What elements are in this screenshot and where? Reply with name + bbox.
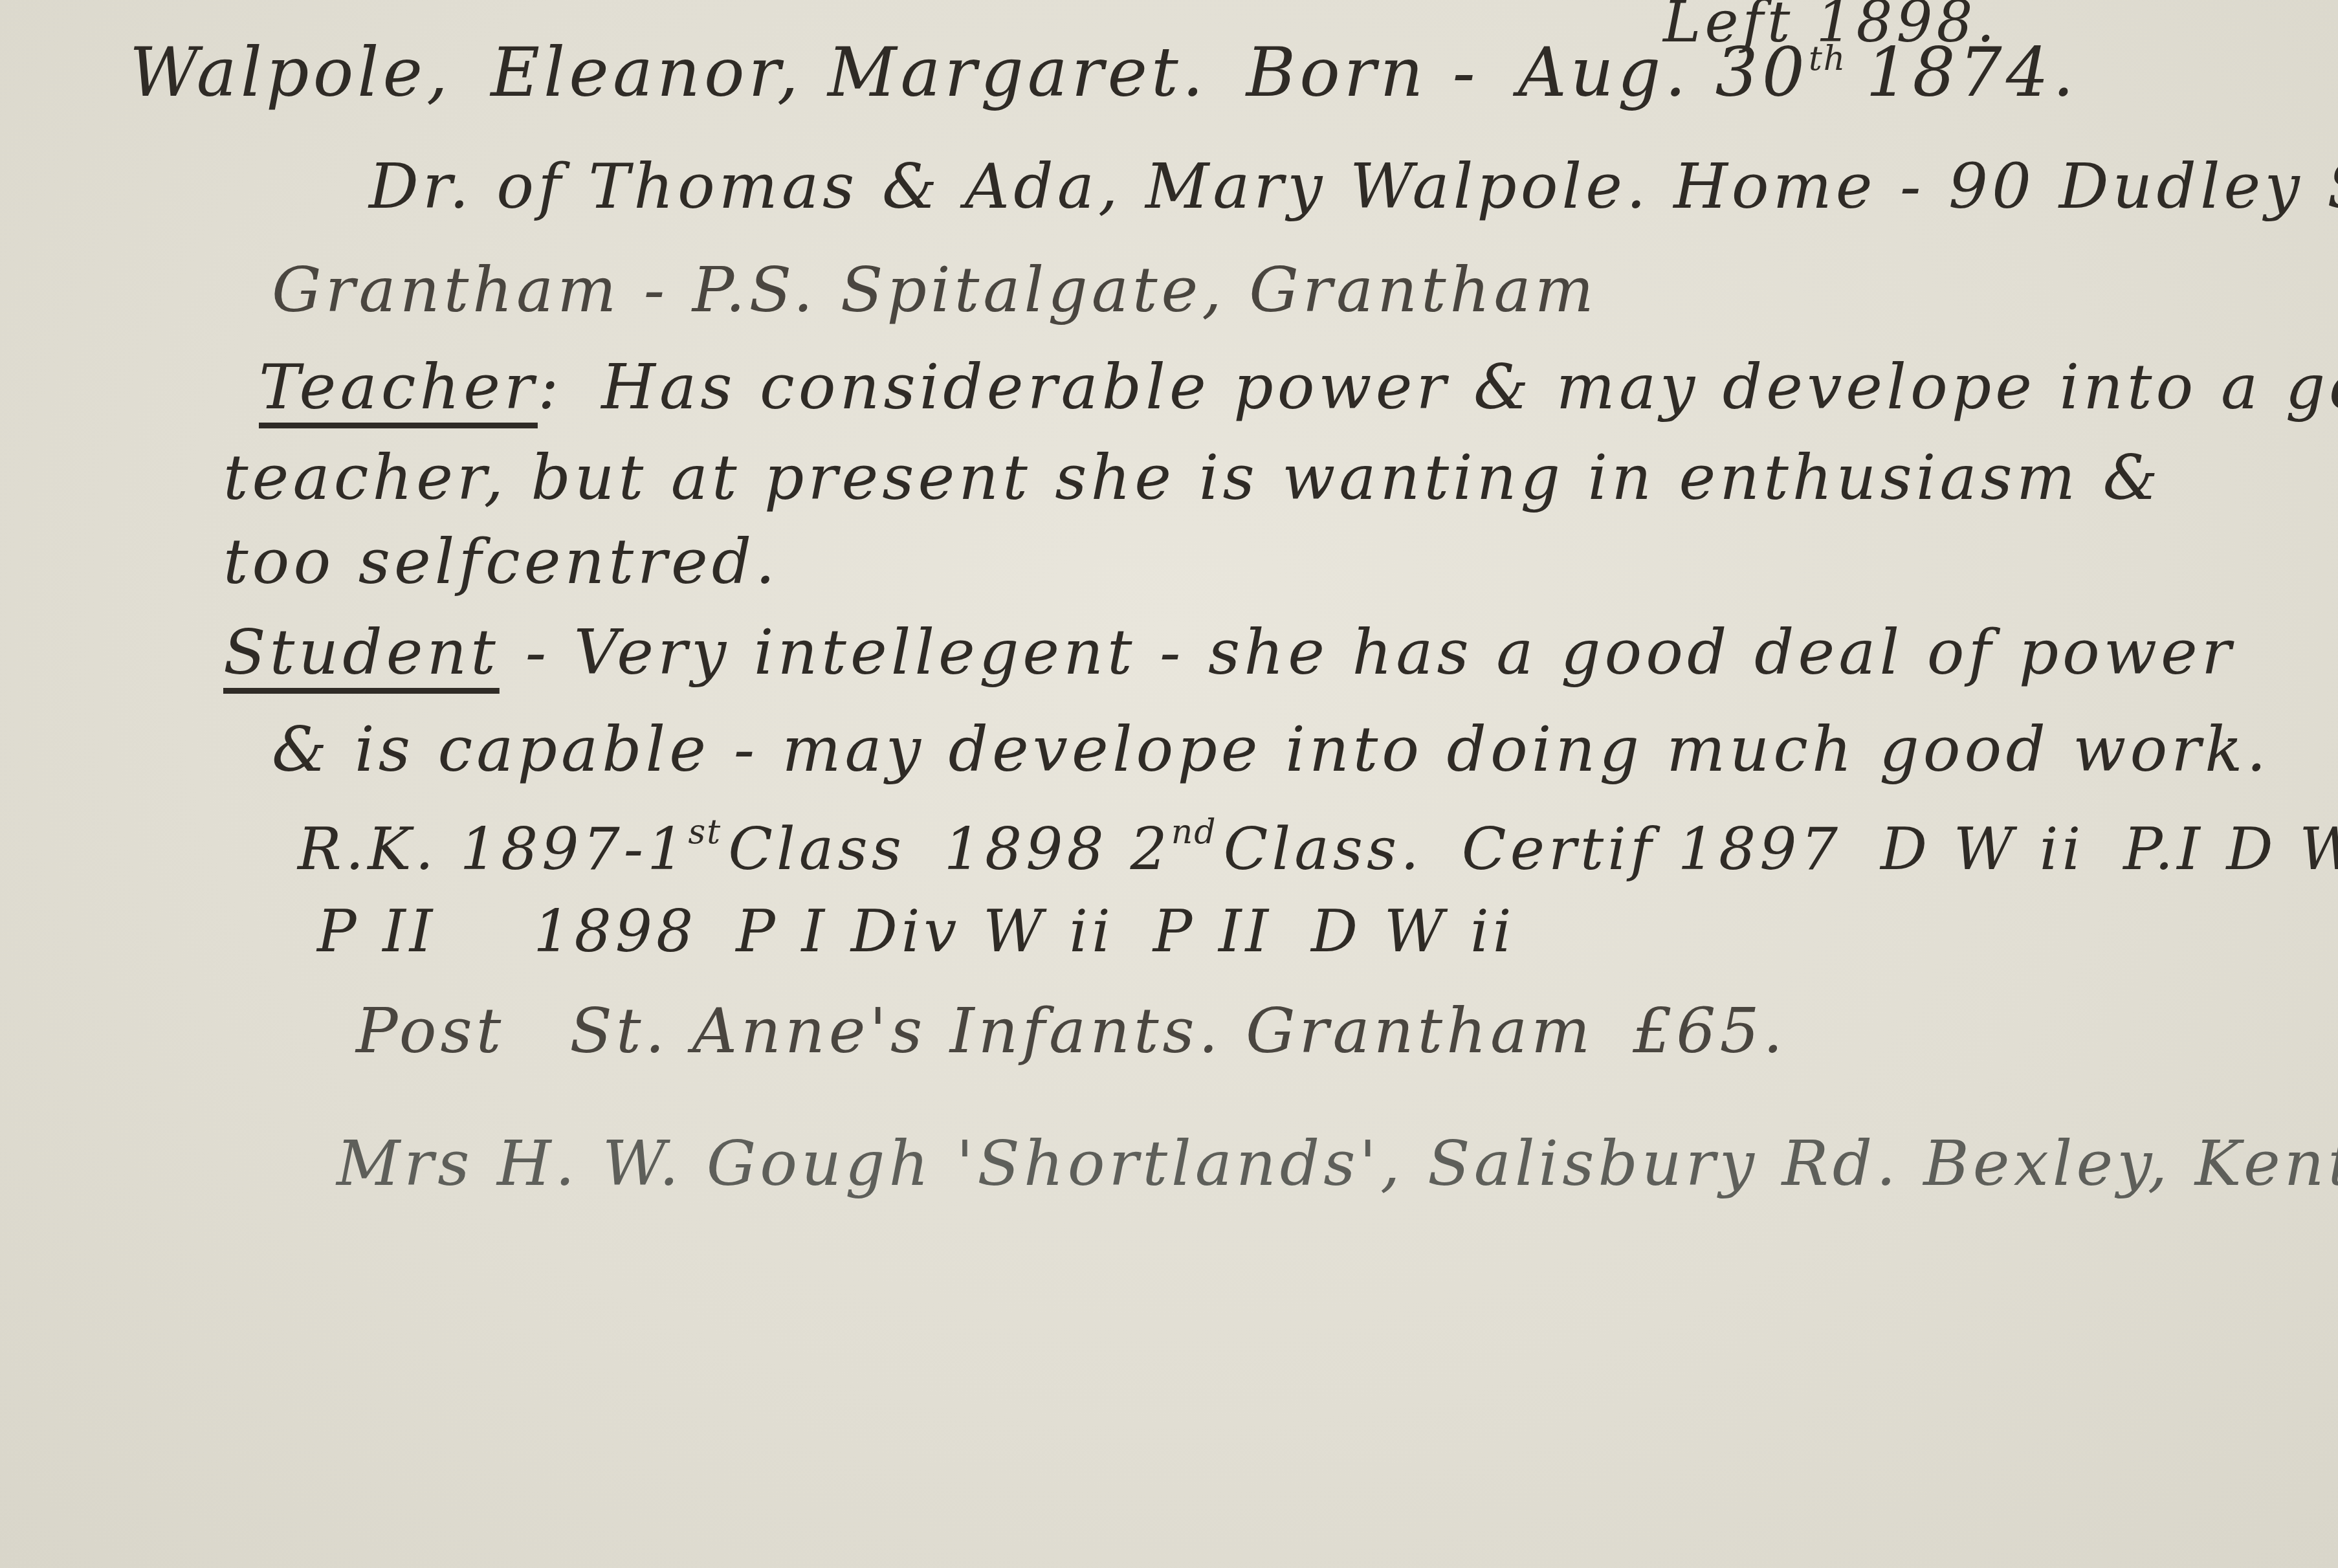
teacher-line-3: too selfcentred. — [223, 531, 779, 593]
d-result-1: D W ii — [1880, 821, 2084, 879]
student-line-2: & is capable - may develope into doing m… — [272, 718, 2270, 780]
year2-class: Class. — [1224, 821, 1423, 879]
surname: Walpole, — [129, 39, 452, 106]
results-year: 1898 — [533, 903, 697, 961]
teacher-line-2: teacher, but at present she is wanting i… — [223, 447, 2162, 509]
register-page: Walpole,Eleanor, Margaret.Born -Aug. 30t… — [0, 0, 2338, 1568]
certif: Certif 1897 — [1462, 821, 1842, 879]
parents-line-1: Dr. of Thomas & Ada, Mary Walpole. Home … — [369, 155, 2338, 217]
rk-result: R.K. 1897-1 — [298, 815, 689, 883]
student-comment-1: - Very intellegent - she has a good deal… — [525, 616, 2235, 689]
d-result-2: D W ii — [1311, 898, 1515, 966]
post-salary: £65. — [1633, 995, 1787, 1067]
given-names: Eleanor, Margaret. — [491, 39, 1208, 106]
year2-suffix: nd — [1171, 813, 1217, 852]
rk-suffix: st — [689, 813, 722, 852]
p-result-4: P II — [1153, 903, 1272, 961]
address-line: Mrs H. W. Gough 'Shortlands', Salisbury … — [336, 1132, 2338, 1195]
teacher-line-1: Teacher:Has considerable power & may dev… — [259, 356, 2338, 418]
teacher-separator: : — [538, 351, 562, 423]
student-line-1: Student- Very intellegent - she has a go… — [223, 621, 2235, 683]
born-label: Born - — [1246, 39, 1479, 106]
p-result-3: P I Div W ii — [736, 903, 1114, 961]
p-result-2: P II — [317, 903, 436, 961]
rk-class: Class — [728, 821, 905, 879]
teacher-label: Teacher — [259, 351, 538, 423]
teacher-comment-1: Has considerable power & may develope in… — [601, 351, 2338, 423]
p-result-1: P.I D W iii — [2123, 815, 2338, 883]
results-line-2: P II1898P I Div W iiP IID W ii — [317, 903, 1515, 961]
year2-result: 1898 2 — [944, 815, 1171, 883]
left-note: Left 1898. — [1663, 0, 1998, 50]
results-line-1: R.K. 1897-1stClass1898 2ndClass.Certif 1… — [298, 815, 2338, 879]
parents-line-2: Grantham - P.S. Spitalgate, Grantham — [272, 259, 1598, 321]
post-label: Post — [356, 1000, 505, 1062]
student-label: Student — [223, 616, 500, 689]
post-school: St. Anne's Infants. Grantham — [569, 1000, 1594, 1062]
post-line: PostSt. Anne's Infants. Grantham£65. — [356, 1000, 1787, 1062]
